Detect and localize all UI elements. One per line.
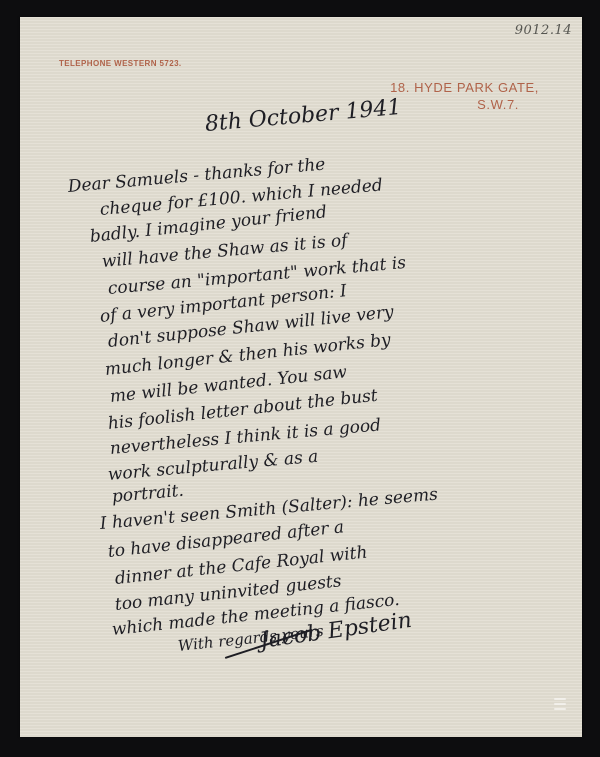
archive-reference-number: 9012.14	[515, 23, 572, 38]
letter-page: 9012.14 TELEPHONE WESTERN 5723. 18. HYDE…	[20, 17, 582, 737]
handwritten-line: portrait.	[111, 481, 184, 507]
address-line-1: 18. HYDE PARK GATE,	[390, 80, 539, 95]
emboss-mark-icon	[554, 695, 568, 715]
letterhead-telephone: TELEPHONE WESTERN 5723.	[59, 59, 182, 68]
letterhead-address: 18. HYDE PARK GATE, S.W.7.	[390, 79, 539, 113]
letter-date: 8th October 1941	[204, 95, 402, 137]
address-line-2: S.W.7.	[390, 96, 519, 113]
